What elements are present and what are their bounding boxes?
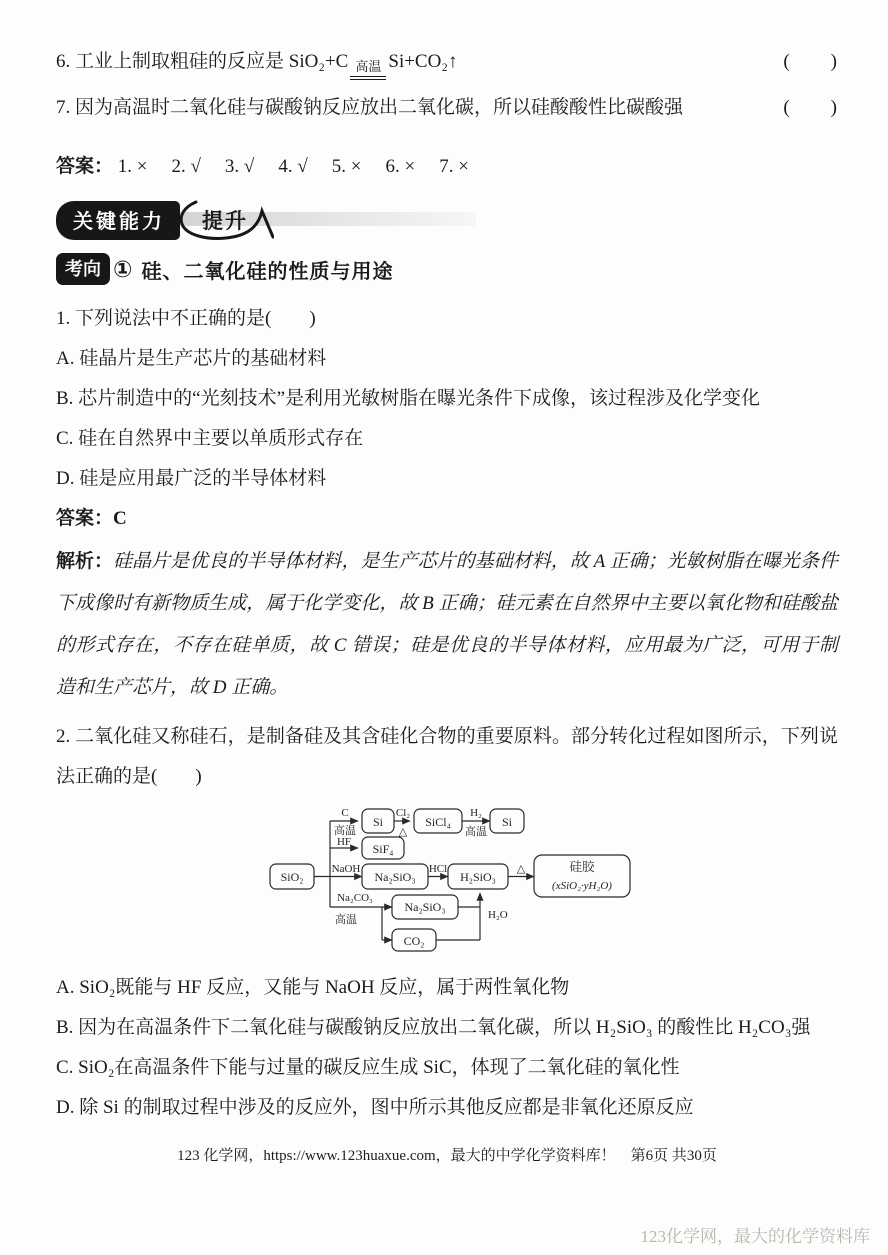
diagram-text-si2: Si [502, 815, 513, 829]
answers-label: 答案： [56, 156, 113, 177]
question-1-answer: 答案：C [56, 499, 838, 539]
diagram-label-gaowen2: 高温 [465, 824, 487, 838]
diagram-label-gaowen3: 高温 [335, 912, 357, 926]
reaction-equation: SiO₂+C高温Si+CO₂↑ [289, 51, 458, 72]
analysis-text: 硅晶片是优良的半导体材料，是生产芯片的基础材料，故 A 正确；光敏树脂在曝光条件… [56, 551, 838, 698]
diagram-label-cl2: Cl₂ [396, 807, 410, 819]
question-2-option-a: A. SiO₂既能与 HF 反应，又能与 NaOH 反应，属于两性氧化物 [56, 968, 838, 1008]
answer-item: 5. × [332, 156, 362, 177]
diagram-label-naoh: NaOH [332, 863, 361, 875]
diagram-text-sicl4: SiCl₄ [425, 815, 451, 829]
diagram-label-c: C [341, 807, 348, 819]
question-2-option-c: C. SiO₂在高温条件下能与过量的碳反应生成 SiC，体现了二氧化硅的氧化性 [56, 1048, 838, 1088]
diagram-text-h2sio3: H₂SiO₃ [460, 870, 496, 884]
question-1-option-a: A. 硅晶片是生产芯片的基础材料 [56, 339, 838, 379]
question-1-option-b: B. 芯片制造中的“光刻技术”是利用光敏树脂在曝光条件下成像，该过程涉及化学变化 [56, 379, 838, 419]
question-1-option-d: D. 硅是应用最广泛的半导体材料 [56, 459, 838, 499]
watermark: 123化学网，最大的化学资料库 [641, 1222, 871, 1247]
answer-item: 4. √ [278, 156, 307, 177]
diagram-label-h2: H₂ [470, 807, 482, 819]
diagram-text-na2sio3-a: Na₂SiO₃ [374, 870, 415, 884]
question-6: 6. 工业上制取粗硅的反应是 SiO₂+C高温Si+CO₂↑ ( ) [56, 42, 838, 82]
badge-right-label: 提升 [202, 205, 248, 235]
diagram-text-na2sio3-b: Na₂SiO₃ [404, 900, 445, 914]
answer-item: 7. × [439, 156, 469, 177]
question-2-stem: 2. 二氧化硅又称硅石，是制备硅及其含硅化合物的重要原料。部分转化过程如图所示，… [56, 717, 838, 797]
diagram-text-sif4: SiF₄ [373, 842, 394, 856]
diagram-text-si1: Si [373, 815, 384, 829]
diagram-label-delta1: △ [399, 826, 408, 838]
question-2-option-b: B. 因为在高温条件下二氧化硅与碳酸钠反应放出二氧化碳，所以 H₂SiO₃ 的酸… [56, 1008, 838, 1048]
document-page: 6. 工业上制取粗硅的反应是 SiO₂+C高温Si+CO₂↑ ( ) 7. 因为… [0, 0, 888, 1255]
answer-item: 3. √ [225, 156, 254, 177]
equation-left: SiO₂+C [289, 51, 349, 72]
answer-value: C [113, 508, 127, 529]
answer-item: 2. √ [171, 156, 200, 177]
diagram-svg: SiO₂ Si SiCl₄ Si SiF₄ Na₂SiO₃ H₂SiO₃ 硅胶 … [262, 801, 634, 959]
answer-bracket: ( ) [773, 88, 838, 128]
page-footer: 123 化学网，https://www.123huaxue.com，最大的中学化… [56, 1143, 838, 1169]
question-6-text: 6. 工业上制取粗硅的反应是 SiO₂+C高温Si+CO₂↑ [56, 42, 773, 82]
badge-left-label: 关键能力 [56, 201, 180, 240]
question-2-option-d: D. 除 Si 的制取过程中涉及的反应外，图中所示其他反应都是非氧化还原反应 [56, 1088, 838, 1128]
badge-right: 提升 [178, 199, 272, 241]
kaoxiang-number: ① [113, 256, 132, 283]
section-title: 硅、二氧化硅的性质与用途 [141, 255, 393, 284]
kaoxiang-heading: 考向 ① 硅、二氧化硅的性质与用途 [56, 253, 838, 285]
question-1-stem: 1. 下列说法中不正确的是( ) [56, 299, 838, 339]
diagram-text-co2: CO₂ [404, 934, 425, 948]
diagram-label-delta2: △ [517, 863, 526, 875]
diagram-text-gel-1: 硅胶 [569, 860, 595, 874]
diagram-label-h2o: H₂O [488, 909, 508, 921]
kaoxiang-tag: 考向 [56, 253, 110, 285]
question-1-analysis: 解析：硅晶片是优良的半导体材料，是生产芯片的基础材料，故 A 正确；光敏树脂在曝… [56, 541, 838, 709]
page-content: 6. 工业上制取粗硅的反应是 SiO₂+C高温Si+CO₂↑ ( ) 7. 因为… [0, 0, 888, 1169]
question-1-option-c: C. 硅在自然界中主要以单质形式存在 [56, 419, 838, 459]
answer-bracket: ( ) [773, 42, 838, 82]
judge-answers: 答案： 1. ×2. √3. √4. √5. ×6. ×7. × [56, 147, 838, 187]
condition-text: 高温 [350, 60, 386, 80]
analysis-label: 解析： [56, 551, 113, 572]
question-7-text: 7. 因为高温时二氧化硅与碳酸钠反应放出二氧化碳，所以硅酸酸性比碳酸强 [56, 88, 773, 128]
question-6-lead: 6. 工业上制取粗硅的反应是 [56, 51, 289, 72]
equation-right: Si+CO₂↑ [388, 51, 457, 72]
diagram-label-gaowen1: 高温 [334, 823, 356, 837]
diagram-label-hcl: HCl [429, 863, 447, 875]
keypoint-badge: 关键能力 提升 [56, 199, 838, 241]
diagram-text-gel-2: (xSiO₂·yH₂O) [552, 880, 612, 892]
diagram-text-sio2: SiO₂ [281, 870, 304, 884]
transformation-diagram: SiO₂ Si SiCl₄ Si SiF₄ Na₂SiO₃ H₂SiO₃ 硅胶 … [262, 801, 838, 964]
answer-label: 答案： [56, 508, 113, 529]
question-7: 7. 因为高温时二氧化硅与碳酸钠反应放出二氧化碳，所以硅酸酸性比碳酸强 ( ) [56, 88, 838, 128]
diagram-label-na2co3: Na₂CO₃ [337, 892, 373, 904]
reaction-condition: 高温 [350, 60, 386, 80]
answer-item: 6. × [386, 156, 416, 177]
answer-item: 1. × [118, 156, 148, 177]
diagram-label-hf: HF [337, 836, 351, 848]
